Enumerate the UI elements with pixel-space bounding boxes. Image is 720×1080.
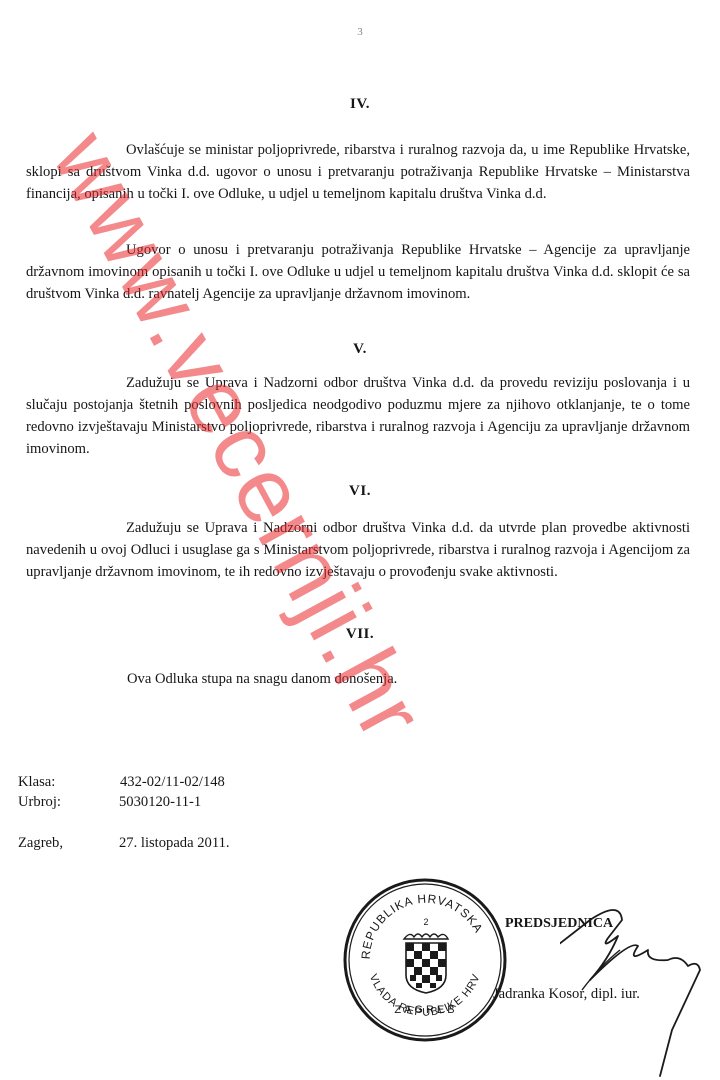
section-heading-iv: IV. (0, 96, 720, 113)
urbroj-value: 5030120-11-1 (119, 794, 201, 811)
section-iv-paragraph-1: Ovlašćuje se ministar poljoprivrede, rib… (26, 139, 690, 205)
place-label: Zagreb, (18, 835, 63, 852)
svg-text:ZAGREB: ZAGREB (394, 1004, 457, 1016)
urbroj-label: Urbroj: (18, 794, 61, 811)
section-heading-vi: VI. (0, 483, 720, 500)
section-v-paragraph-1: Zadužuju se Uprava i Nadzorni odbor druš… (26, 372, 690, 460)
section-vi-paragraph-1: Zadužuju se Uprava i Nadzorni odbor druš… (26, 517, 690, 583)
handwritten-signature-icon (560, 880, 710, 1080)
svg-text:2: 2 (423, 917, 428, 927)
document-page: 3 IV. Ovlašćuje se ministar poljoprivred… (0, 0, 720, 1080)
section-heading-vii: VII. (0, 626, 720, 643)
klasa-value: 432-02/11-02/148 (120, 774, 225, 791)
date-value: 27. listopada 2011. (119, 835, 230, 852)
page-number: 3 (0, 26, 720, 38)
section-iv-paragraph-2: Ugovor o unosu i pretvaranju potraživanj… (26, 239, 690, 305)
section-heading-v: V. (0, 341, 720, 358)
official-stamp-icon: REPUBLIKA HRVATSKA VLADA REPUBLIKE HRVAT… (340, 875, 510, 1045)
klasa-label: Klasa: (18, 774, 55, 791)
section-vii-paragraph-1: Ova Odluka stupa na snagu danom donošenj… (127, 671, 397, 688)
